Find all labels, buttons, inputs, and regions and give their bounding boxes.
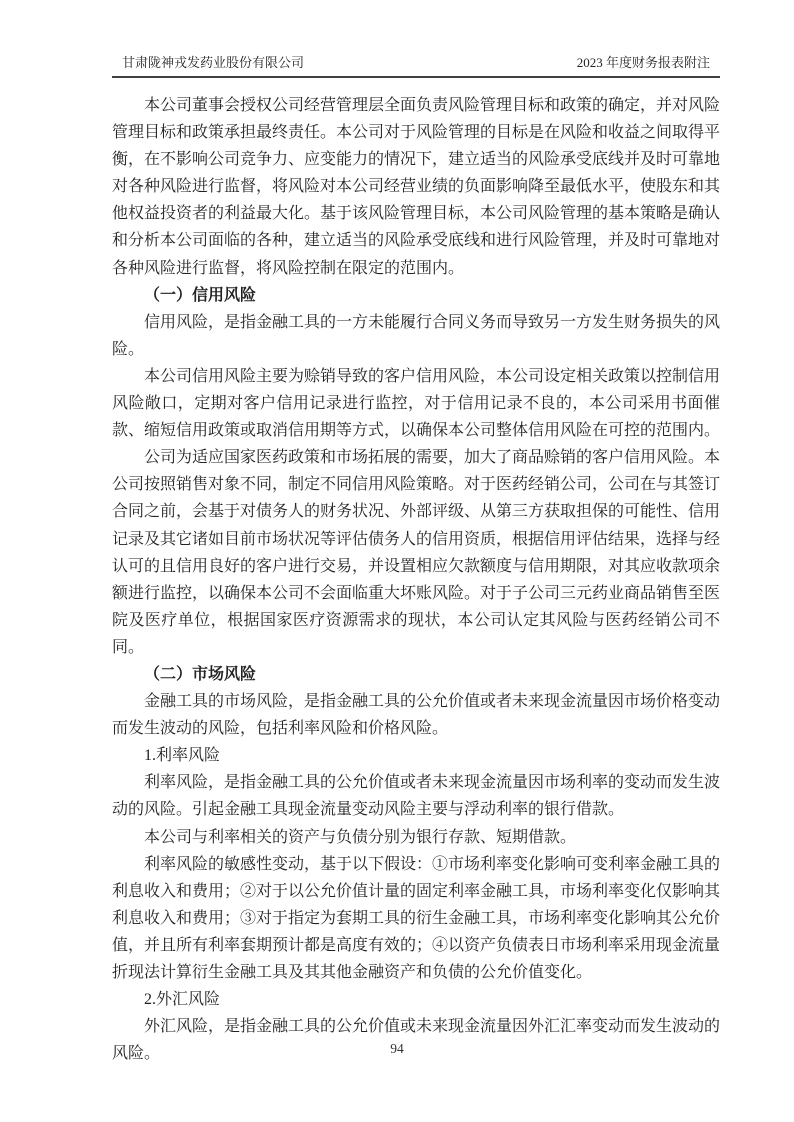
paragraph-credit-risk-policy: 本公司信用风险主要为赊销导致的客户信用风险，本公司设定相关政策以控制信用风险敞口… (112, 363, 720, 444)
paragraph-interest-rate-assets-liabilities: 本公司与利率相关的资产与负债分别为银行存款、短期借款。 (112, 824, 720, 851)
page-footer: 94 (0, 1041, 794, 1057)
header-doc-title: 2023 年度财务报表附注 (577, 54, 710, 71)
paragraph-credit-risk-definition: 信用风险，是指金融工具的一方未能履行合同义务而导致另一方发生财务损失的风险。 (112, 309, 720, 363)
subheading-interest-rate-risk: 1.利率风险 (112, 742, 720, 769)
document-page: 甘肃陇神戎发药业股份有限公司 2023 年度财务报表附注 本公司董事会授权公司经… (0, 0, 794, 1122)
subheading-foreign-exchange-risk: 2.外汇风险 (112, 986, 720, 1013)
paragraph-market-risk-definition: 金融工具的市场风险，是指金融工具的公允价值或者未来现金流量因市场价格变动而发生波… (112, 688, 720, 742)
paragraph-interest-rate-risk-definition: 利率风险，是指金融工具的公允价值或者未来现金流量因市场利率的变动而发生波动的风险… (112, 769, 720, 823)
header-company-name: 甘肃陇神戎发药业股份有限公司 (122, 54, 304, 71)
document-body: 本公司董事会授权公司经营管理层全面负责风险管理目标和政策的确定，并对风险管理目标… (112, 92, 720, 1067)
paragraph-interest-rate-sensitivity: 利率风险的敏感性变动，基于以下假设：①市场利率变化影响可变利率金融工具的利息收入… (112, 851, 720, 986)
section-heading-credit-risk: （一）信用风险 (112, 282, 720, 309)
page-header: 甘肃陇神戎发药业股份有限公司 2023 年度财务报表附注 (112, 54, 720, 78)
paragraph-credit-risk-strategy: 公司为适应国家医药政策和市场拓展的需要，加大了商品赊销的客户信用风险。本公司按照… (112, 444, 720, 661)
paragraph-risk-management-overview: 本公司董事会授权公司经营管理层全面负责风险管理目标和政策的确定，并对风险管理目标… (112, 92, 720, 282)
page-number: 94 (390, 1041, 404, 1056)
section-heading-market-risk: （二）市场风险 (112, 661, 720, 688)
